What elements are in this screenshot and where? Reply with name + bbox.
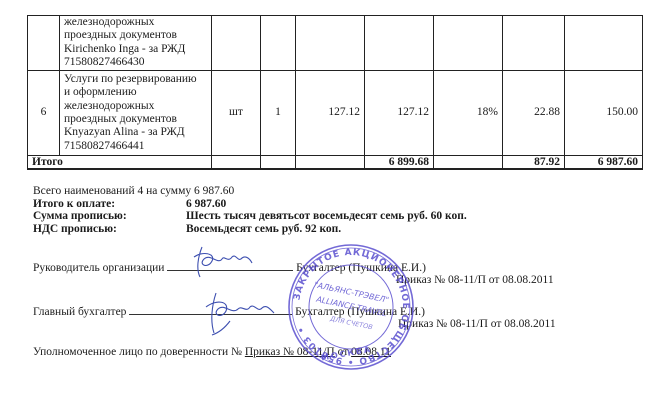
description-line: Kirichenko Inga - за РЖД (64, 43, 207, 56)
description-line: 71580827466441 (64, 140, 207, 153)
cell-qty: 1 (261, 71, 296, 156)
invoice-summary: Всего наименований 4 на сумму 6 987.60 И… (33, 185, 467, 235)
signature-underline (167, 260, 293, 271)
chief-accountant-label: Главный бухгалтер (33, 306, 126, 318)
totals-total: 6 987.60 (565, 156, 643, 170)
cell-description: Услуги по резервированию и оформлению же… (60, 71, 212, 156)
signature-underline (129, 304, 292, 315)
authorized-prefix: Уполномоченное лицо по доверенности № (33, 346, 242, 358)
to-pay-line: Итого к оплате:6 987.60 (33, 198, 467, 211)
cell-unit: шт (212, 71, 261, 156)
cell-price: 127.12 (296, 71, 365, 156)
cell-price (296, 156, 365, 170)
cell-qty (261, 156, 296, 170)
description-line: проездных документов (64, 113, 207, 126)
cell-sum-no-vat (365, 16, 434, 71)
cell-unit (212, 16, 261, 71)
chief-accountant-signature-line: Главный бухгалтер Бухгалтер (Пушкина Е.И… (33, 304, 425, 318)
to-pay-value: 6 987.60 (186, 198, 226, 210)
authorized-document: Приказ № 08-11/П (245, 346, 335, 358)
description-line: 71580827466430 (64, 56, 207, 69)
sum-in-words-label: Сумма прописью: (33, 210, 186, 223)
vat-in-words-label: НДС прописью: (33, 223, 186, 236)
director-signature-line: Руководитель организации Бухгалтер (Пушк… (33, 260, 426, 274)
cell-num: 6 (28, 71, 60, 156)
description-line: Knyazyan Alina - за РЖД (64, 126, 207, 139)
totals-label: Итого (28, 156, 212, 170)
chief-accountant-order: Приказ № 08-11/П от 08.08.2011 (398, 318, 556, 330)
totals-vat-sum: 87.92 (503, 156, 565, 170)
vat-in-words-line: НДС прописью:Восемьдесят семь руб. 92 ко… (33, 223, 467, 236)
cell-total: 150.00 (565, 71, 643, 156)
description-line: проездных документов (64, 29, 207, 42)
director-order: Приказ № 08-11/П от 08.08.2011 (396, 274, 554, 286)
vat-in-words-value: Восемьдесят семь руб. 92 коп. (186, 223, 341, 235)
sum-in-words-line: Сумма прописью:Шесть тысяч девятьсот вос… (33, 210, 467, 223)
cell-vat-rate: 18% (434, 71, 503, 156)
cell-sum-no-vat: 127.12 (365, 71, 434, 156)
cell-total (565, 16, 643, 71)
chief-accountant-signer: Бухгалтер (Пушкина Е.И.) (295, 306, 425, 318)
description-line: железнодорожных (64, 100, 207, 113)
cell-num (28, 16, 60, 71)
cell-vat-sum: 22.88 (503, 71, 565, 156)
table-row: железнодорожных проездных документов Kir… (28, 16, 643, 71)
description-line: и оформлению (64, 86, 207, 99)
table-row: 6 Услуги по резервированию и оформлению … (28, 71, 643, 156)
items-count-line: Всего наименований 4 на сумму 6 987.60 (33, 185, 467, 198)
to-pay-label: Итого к оплате: (33, 198, 186, 211)
cell-price (296, 16, 365, 71)
cell-vat-rate (434, 16, 503, 71)
authorized-from: от (338, 346, 349, 358)
svg-text:"АЛЬЯНС-ТРЭВЕЛ": "АЛЬЯНС-ТРЭВЕЛ" (313, 280, 389, 305)
invoice-table: железнодорожных проездных документов Kir… (27, 15, 643, 170)
totals-sum-no-vat: 6 899.68 (365, 156, 434, 170)
cell-qty (261, 16, 296, 71)
description-line: Услуги по резервированию (64, 73, 207, 86)
sum-in-words-value: Шесть тысяч девятьсот восемьдесят семь р… (186, 210, 467, 222)
description-line: железнодорожных (64, 16, 207, 29)
cell-vat-sum (503, 16, 565, 71)
cell-unit (212, 156, 261, 170)
cell-vat-rate (434, 156, 503, 170)
totals-row: Итого 6 899.68 87.92 6 987.60 (28, 156, 643, 170)
director-label: Руководитель организации (33, 262, 164, 274)
director-signer: Бухгалтер (Пушкина Е.И.) (296, 262, 426, 274)
authorized-date: 08.08.11 (351, 346, 391, 358)
cell-description: железнодорожных проездных документов Kir… (60, 16, 212, 71)
authorized-person-line: Уполномоченное лицо по доверенности № Пр… (33, 346, 391, 358)
